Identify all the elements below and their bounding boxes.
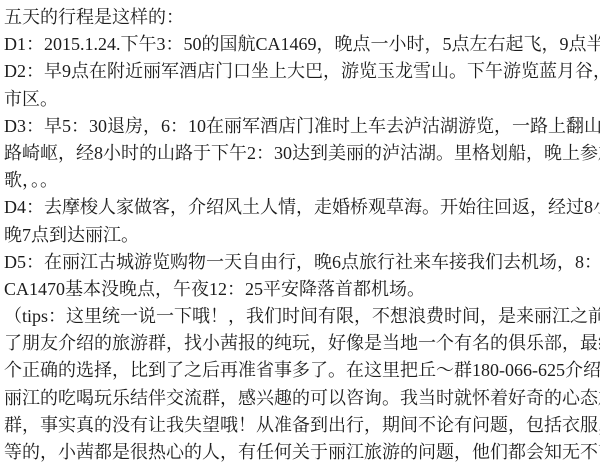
- tips-line-5: 群，事实真的没有让我失望哦！从准备到出行，期间不论有问题，包括衣服，饮食等: [4, 412, 598, 439]
- day2-line-2: 市区。: [4, 86, 598, 113]
- tips-line-3: 个正确的选择，比到了之后再准省事多了。在这里把丘～群180-066-625介绍给…: [4, 357, 598, 384]
- day5-line-1: D5：在丽江古城游览购物一天自由行，晚6点旅行社来车接我们去机场，8：50的国旅: [4, 249, 598, 276]
- day1-line: D1：2015.1.24.下午3：50的国航CA1469，晚点一小时，5点左右起…: [4, 31, 598, 58]
- day2-line-1: D2：早9点在附近丽军酒店门口坐上大巴，游览玉龙雪山。下午游览蓝月谷，5点多回: [4, 58, 598, 85]
- day3-line-2: 路崎岖，经8小时的山路于下午2：30达到美丽的泸沽湖。里格划船，晚上参加花楼恋: [4, 140, 598, 167]
- day5-line-2: CA1470基本没晚点，午夜12：25平安降落首都机场。: [4, 276, 598, 303]
- intro-line: 五天的行程是这样的：: [4, 4, 598, 31]
- day3-line-3: 歌，。。: [4, 167, 598, 194]
- day3-line-1: D3：早5：30退房，6：10在丽军酒店门准时上车去泸沽湖游览，一路上翻山越岭，…: [4, 113, 598, 140]
- tips-line-1: （tips：这里统一说一下哦！，我们时间有限，不想浪费时间，是来丽江之前就联系: [4, 303, 598, 330]
- tips-line-2: 了朋友介绍的旅游群，找小茜报的纯玩，好像是当地一个有名的俱乐部，最终证明是: [4, 330, 598, 357]
- tips-line-6: 等的，小茜都是很热心的人，有任何关于丽江旅游的问题，他们都会知无不言的）: [4, 439, 598, 466]
- day4-line-1: D4：去摩梭人家做客，介绍风土人情，走婚桥观草海。开始往回返，经过8小时路程，: [4, 194, 598, 221]
- tips-line-4: 丽江的吃喝玩乐结伴交流群，感兴趣的可以咨询。我当时就怀着好奇的心态加了这个: [4, 385, 598, 412]
- day4-line-2: 晚7点到达丽江。: [4, 222, 598, 249]
- document-page: 五天的行程是这样的： D1：2015.1.24.下午3：50的国航CA1469，…: [0, 0, 600, 466]
